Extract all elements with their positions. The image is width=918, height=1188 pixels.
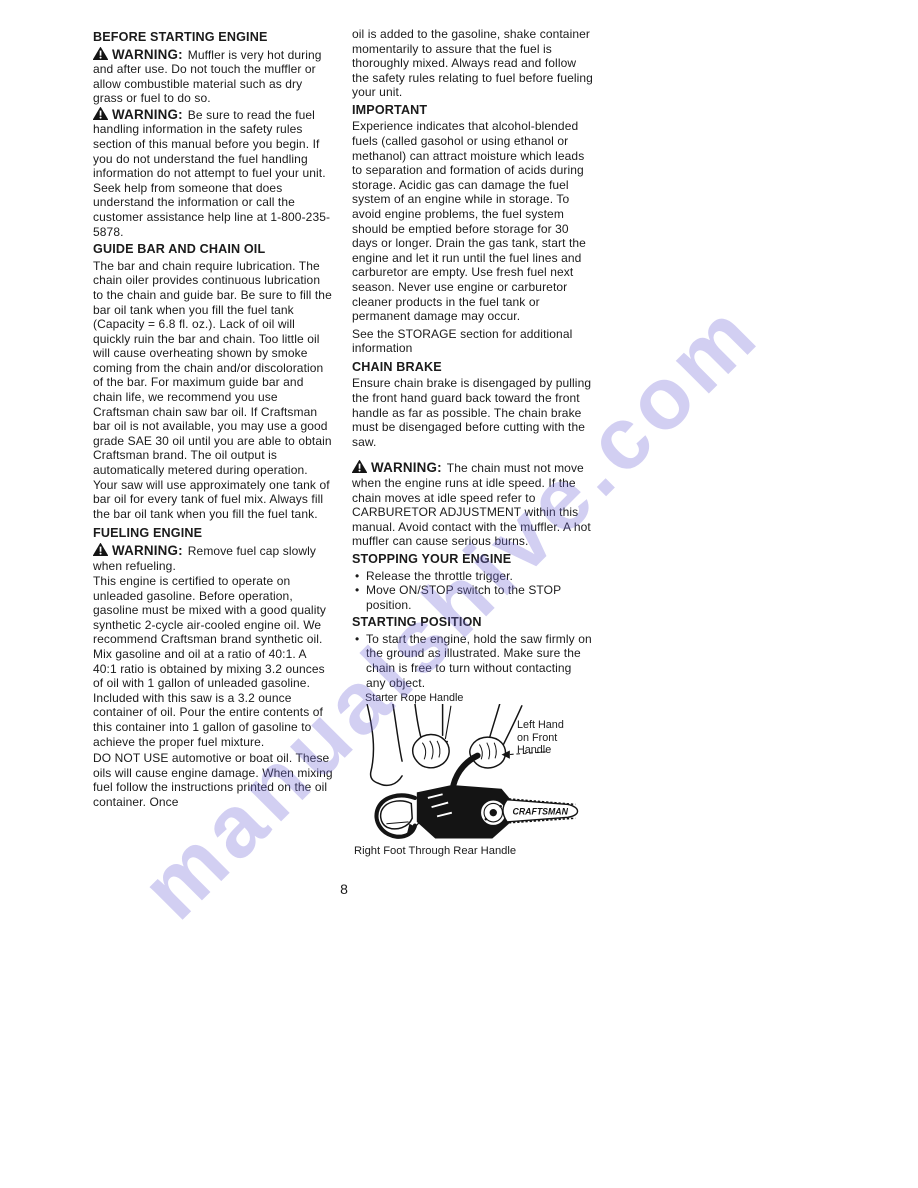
warning-label: WARNING: [112, 107, 183, 122]
starting-bullet-1: To start the engine, hold the saw firmly… [352, 632, 594, 690]
fueling-continued-body: oil is added to the gasoline, shake cont… [352, 27, 594, 100]
right-hand-on-starter [413, 735, 449, 768]
storage-note: See the STORAGE section for additional i… [352, 327, 594, 356]
warning-label: WARNING: [112, 543, 183, 558]
warning-triangle-icon [93, 543, 108, 556]
warning-triangle-icon [93, 47, 108, 60]
warning-triangle-icon [352, 460, 367, 473]
starting-position-figure: Starter Rope Handle Left Hand on Front H… [352, 692, 594, 862]
fueling-body-1: This engine is certified to operate on u… [93, 574, 333, 749]
rear-handle-and-boot [377, 794, 424, 836]
warning-label: WARNING: [371, 460, 442, 475]
important-body: Experience indicates that alcohol-blende… [352, 119, 594, 323]
guide-bar: CRAFTSMAN [503, 799, 578, 823]
manual-page: BEFORE STARTING ENGINE WARNING:Muffler i… [0, 0, 918, 1188]
fueling-body-2: DO NOT USE automotive or boat oil. These… [93, 751, 333, 809]
figure-label-starter-rope: Starter Rope Handle [365, 692, 594, 704]
guide-bar-heading: GUIDE BAR AND CHAIN OIL [93, 242, 333, 258]
warning-chain: WARNING:The chain must not move when the… [352, 460, 594, 549]
before-starting-engine-heading: BEFORE STARTING ENGINE [93, 30, 333, 46]
warning-muffler: WARNING:Muffler is very hot during and a… [93, 47, 333, 106]
clutch-cover [480, 800, 506, 826]
stopping-bullet-1: Release the throttle trigger. [352, 569, 594, 584]
right-column: oil is added to the gasoline, shake cont… [352, 27, 594, 862]
warning-fuel-handling-text: Be sure to read the fuel handling inform… [93, 108, 330, 239]
stopping-engine-heading: STOPPING YOUR ENGINE [352, 552, 594, 568]
chain-brake-body: Ensure chain brake is disengaged by pull… [352, 376, 594, 449]
important-heading: IMPORTANT [352, 103, 594, 119]
starting-position-heading: STARTING POSITION [352, 615, 594, 631]
guide-bar-body: The bar and chain require lubrication. T… [93, 259, 333, 522]
warning-fuel-handling: WARNING:Be sure to read the fuel handlin… [93, 107, 333, 239]
warning-label: WARNING: [112, 47, 183, 62]
page-number: 8 [334, 881, 354, 897]
fueling-engine-heading: FUELING ENGINE [93, 526, 333, 542]
warning-triangle-icon [93, 107, 108, 120]
figure-label-left-hand: Left Hand on Front Handle [517, 719, 583, 757]
left-column: BEFORE STARTING ENGINE WARNING:Muffler i… [93, 27, 333, 811]
figure-caption: Right Foot Through Rear Handle [354, 845, 594, 858]
warning-fuel-cap: WARNING:Remove fuel cap slowly when refu… [93, 543, 333, 573]
chain-brake-heading: CHAIN BRAKE [352, 360, 594, 376]
craftsman-brand-text: CRAFTSMAN [513, 807, 569, 817]
starter-rope-arrow-line [445, 706, 451, 739]
left-hand-on-front-handle [470, 737, 506, 768]
stopping-bullet-2: Move ON/STOP switch to the STOP position… [352, 583, 594, 612]
